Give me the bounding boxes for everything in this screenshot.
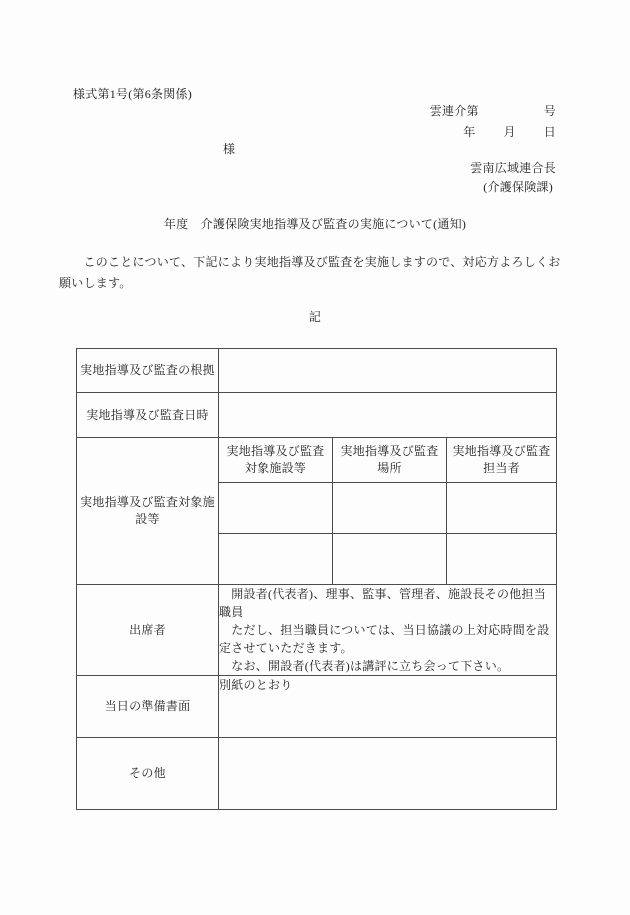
form-number: 様式第1号(第6条関係) — [73, 86, 192, 103]
cell-attendees-value: 開設者(代表者)、理事、監事、管理者、施設長その他担当 職員 ただし、担当職員に… — [219, 585, 557, 676]
date-line: 年 月 日 — [463, 124, 556, 141]
day-label: 日 — [544, 124, 556, 141]
cell-personnel-1 — [447, 483, 557, 534]
cell-other-value — [219, 738, 557, 810]
cell-basis-value — [219, 349, 557, 393]
sender-name: 雲南広域連合長 — [470, 160, 556, 177]
row-label-attendees: 出席者 — [77, 585, 219, 676]
body-paragraph: このことについて、下記により実地指導及び監査を実施しますので、対応方よろしくお … — [59, 252, 604, 294]
table-row: 実地指導及び監査対象施 設等 実地指導及び監査 対象施設等 実地指導及び監査 場… — [77, 438, 557, 483]
row-label-basis: 実地指導及び監査の根拠 — [77, 349, 219, 393]
doc-number-suffix: 号 — [544, 103, 556, 120]
document-title: 年度 介護保険実地指導及び監査の実施について(通知) — [0, 216, 630, 233]
row-label-other: その他 — [77, 738, 219, 810]
row-label-datetime: 実地指導及び監査日時 — [77, 393, 219, 438]
col-header-personnel: 実地指導及び監査 担当者 — [447, 438, 557, 483]
table-row: 実地指導及び監査の根拠 — [77, 349, 557, 393]
cell-personnel-2 — [447, 534, 557, 585]
col-header-target-facility: 実地指導及び監査 対象施設等 — [219, 438, 333, 483]
year-label: 年 — [463, 124, 475, 141]
table-row: 出席者 開設者(代表者)、理事、監事、管理者、施設長その他担当 職員 ただし、担… — [77, 585, 557, 676]
cell-facility-1 — [219, 483, 333, 534]
table-row: 当日の準備書面 別紙のとおり — [77, 676, 557, 738]
cell-datetime-value — [219, 393, 557, 438]
cell-location-2 — [333, 534, 447, 585]
doc-number-prefix: 雲連介第 — [430, 103, 479, 120]
cell-facility-2 — [219, 534, 333, 585]
cell-location-1 — [333, 483, 447, 534]
row-label-target-facilities: 実地指導及び監査対象施 設等 — [77, 438, 219, 585]
notice-table: 実地指導及び監査の根拠 実地指導及び監査日時 実地指導及び監査対象施 設等 実地… — [76, 348, 557, 810]
table-row: 実地指導及び監査日時 — [77, 393, 557, 438]
document-page: 様式第1号(第6条関係) 雲連介第 号 年 月 日 様 雲南広域連合長 (介護保… — [0, 0, 630, 915]
month-label: 月 — [503, 124, 515, 141]
col-header-location: 実地指導及び監査 場所 — [333, 438, 447, 483]
addressee-honorific: 様 — [223, 141, 235, 158]
section-marker: 記 — [0, 309, 630, 326]
cell-preparation-value: 別紙のとおり — [219, 676, 557, 738]
sender-department: (介護保険課) — [483, 179, 553, 196]
row-label-preparation: 当日の準備書面 — [77, 676, 219, 738]
doc-number-line: 雲連介第 号 — [430, 103, 556, 120]
table-row: その他 — [77, 738, 557, 810]
